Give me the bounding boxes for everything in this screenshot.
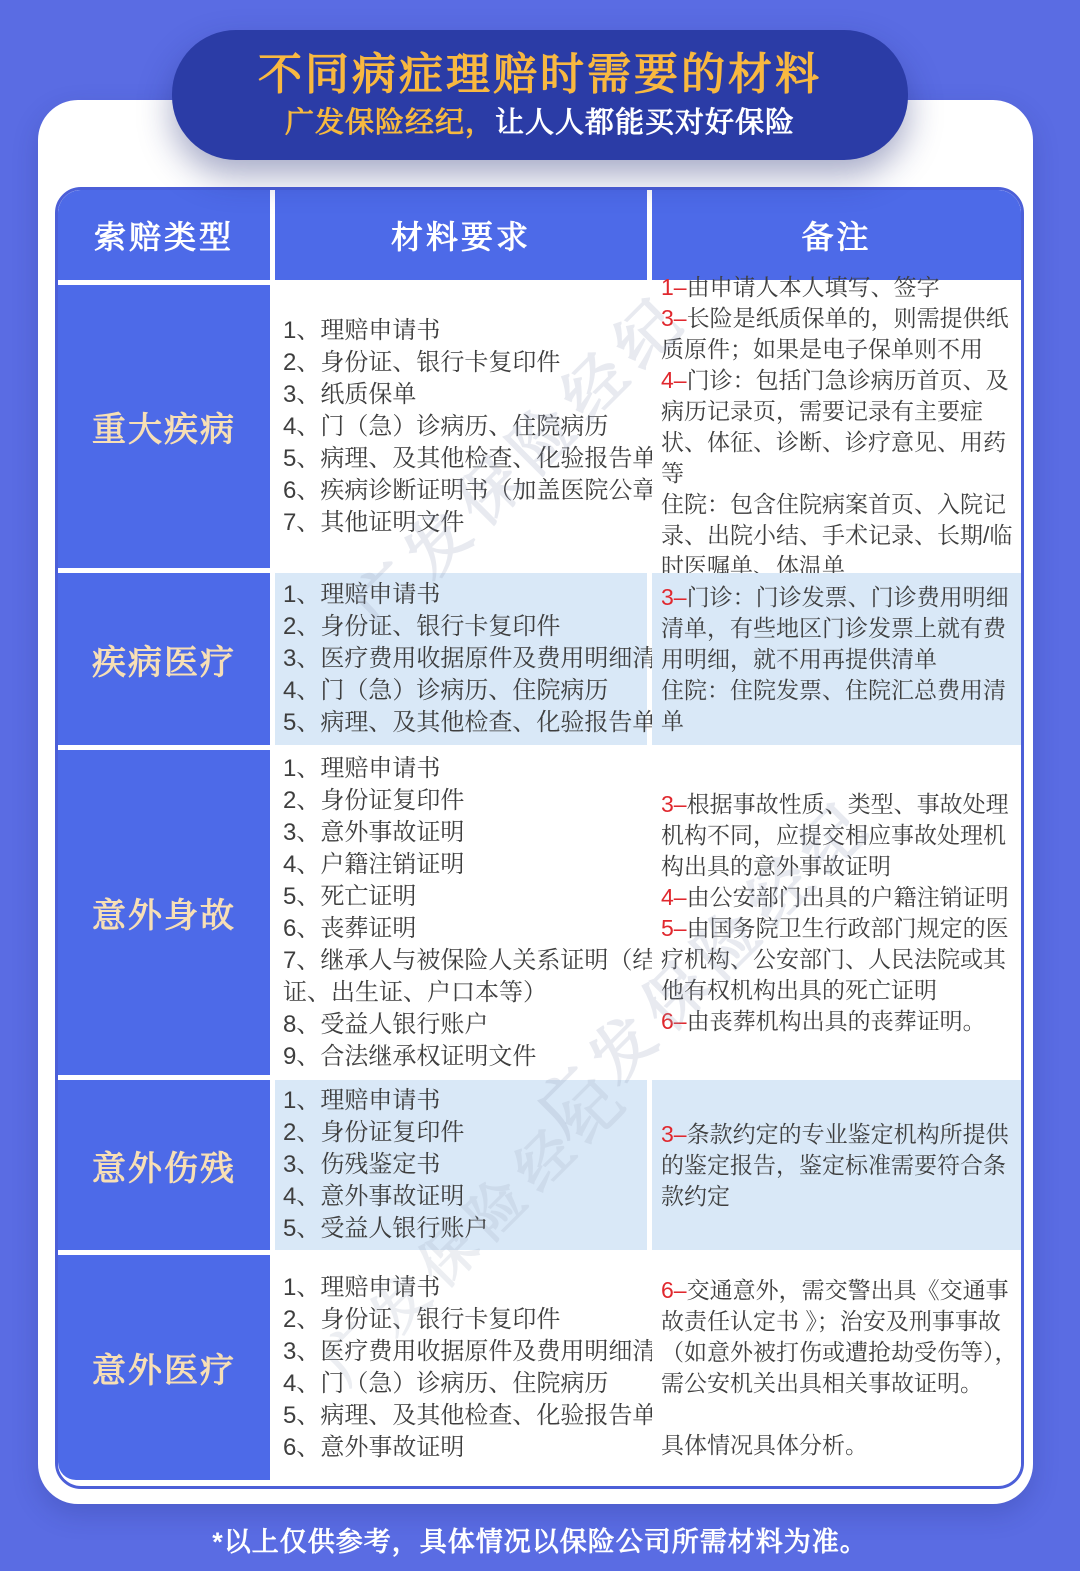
material-line: 3、伤残鉴定书: [283, 1149, 647, 1181]
claim-type-cell: 意外身故: [58, 750, 270, 1075]
material-line: 4、意外事故证明: [283, 1181, 647, 1213]
remark-text: 住院：包含住院病案首页、入院记录、出院小结、手术记录、长期/临时医嘱单、体温单: [661, 491, 1012, 579]
material-line: 4、门（急）诊病历、住院病历: [283, 1368, 647, 1400]
remark-item: 具体情况具体分析。: [661, 1430, 1019, 1461]
material-line: 1、理赔申请书: [283, 1085, 647, 1117]
material-line: 4、门（急）诊病历、住院病历: [283, 675, 647, 707]
materials-cell: 1、理赔申请书2、身份证复印件3、伤残鉴定书4、意外事故证明5、受益人银行账户: [275, 1080, 647, 1250]
materials-cell: 1、理赔申请书2、身份证、银行卡复印件3、医疗费用收据原件及费用明细清单4、门（…: [275, 573, 647, 745]
material-line: 4、户籍注销证明: [283, 849, 647, 881]
material-line: 7、其他证明文件: [283, 507, 647, 539]
material-line: 7、继承人与被保险人关系证明（结婚: [283, 945, 647, 977]
remark-number: 3–: [661, 791, 687, 817]
remarks-cell: 3–条款约定的专业鉴定机构所提供的鉴定报告，鉴定标准需要符合条款约定: [652, 1080, 1021, 1250]
remarks-cell: 1–由申请人本人填写、签字3–长险是纸质保单的，则需提供纸质原件；如果是电子保单…: [652, 285, 1021, 568]
footer-disclaimer: *以上仅供参考，具体情况以保险公司所需材料为准。: [0, 1520, 1080, 1559]
remark-item: 3–门诊：门诊发票、门诊费用明细清单，有些地区门诊发票上就有费用明细，就不用再提…: [661, 582, 1019, 675]
claim-type-cell: 疾病医疗: [58, 573, 270, 745]
claim-type-cell: 意外伤残: [58, 1080, 270, 1250]
material-line: 3、医疗费用收据原件及费用明细清单: [283, 643, 647, 675]
remark-item: 4–由公安部门出具的户籍注销证明: [661, 882, 1019, 913]
remark-text: 根据事故性质、类型、事故处理机构不同，应提交相应事故处理机构出具的意外事故证明: [661, 791, 1009, 879]
materials-cell: 1、理赔申请书2、身份证复印件3、意外事故证明4、户籍注销证明5、死亡证明6、丧…: [275, 750, 647, 1075]
material-line: 2、身份证、银行卡复印件: [283, 347, 647, 379]
remark-item: 住院：住院发票、住院汇总费用清单: [661, 675, 1019, 737]
column-header-materials: 材料要求: [275, 190, 647, 280]
remark-number: 3–: [661, 305, 687, 331]
remark-text: 长险是纸质保单的，则需提供纸质原件；如果是电子保单则不用: [661, 305, 1009, 362]
material-line: 1、理赔申请书: [283, 753, 647, 785]
brand-name: 广发保险经纪，: [285, 107, 495, 139]
remark-text: 交通意外，需交警出具《交通事故责任认定书 》；治安及刑事事故（如意外被打伤或遭抢…: [661, 1277, 1018, 1396]
material-line: 5、死亡证明: [283, 881, 647, 913]
remark-item: 3–条款约定的专业鉴定机构所提供的鉴定报告，鉴定标准需要符合条款约定: [661, 1119, 1019, 1212]
remarks-cell: 6–交通意外，需交警出具《交通事故责任认定书 》；治安及刑事事故（如意外被打伤或…: [652, 1255, 1021, 1480]
slogan: 让人人都能买对好保险: [495, 107, 795, 139]
remark-text: 条款约定的专业鉴定机构所提供的鉴定报告，鉴定标准需要符合条款约定: [661, 1121, 1009, 1209]
page-subtitle: 广发保险经纪，让人人都能买对好保险: [285, 108, 795, 140]
remark-number: 3–: [661, 584, 687, 610]
material-line: 5、病理、及其他检查、化验报告单: [283, 1400, 647, 1432]
material-line: 2、身份证、银行卡复印件: [283, 1304, 647, 1336]
material-line: 5、病理、及其他检查、化验报告单: [283, 707, 647, 739]
remark-item: 5–由国务院卫生行政部门规定的医疗机构、公安部门、人民法院或其他有权机构出具的死…: [661, 913, 1019, 1006]
material-line: 2、身份证复印件: [283, 785, 647, 817]
remark-number: 6–: [661, 1277, 687, 1303]
remark-number: 3–: [661, 1121, 687, 1147]
material-line: 1、理赔申请书: [283, 315, 647, 347]
remark-number: 4–: [661, 367, 687, 393]
claims-table-frame: 索赔类型 材料要求 备注 重大疾病1、理赔申请书2、身份证、银行卡复印件3、纸质…: [55, 187, 1024, 1489]
remark-item: 3–根据事故性质、类型、事故处理机构不同，应提交相应事故处理机构出具的意外事故证…: [661, 789, 1019, 882]
remark-text: 由申请人本人填写、签字: [687, 274, 940, 300]
remark-number: 4–: [661, 884, 687, 910]
material-line: 8、受益人银行账户: [283, 1009, 647, 1041]
material-line: 1、理赔申请书: [283, 579, 647, 611]
claim-type-cell: 重大疾病: [58, 285, 270, 568]
material-line: 6、意外事故证明: [283, 1432, 647, 1464]
remark-item: 1–由申请人本人填写、签字: [661, 272, 1019, 303]
material-line: 3、意外事故证明: [283, 817, 647, 849]
material-line: 6、疾病诊断证明书（加盖医院公章）: [283, 475, 647, 507]
material-line: 2、身份证复印件: [283, 1117, 647, 1149]
remark-text: 由公安部门出具的户籍注销证明: [687, 884, 1009, 910]
header-banner: 不同病症理赔时需要的材料 广发保险经纪，让人人都能买对好保险: [172, 30, 908, 160]
material-line: 3、医疗费用收据原件及费用明细清单: [283, 1336, 647, 1368]
materials-cell: 1、理赔申请书2、身份证、银行卡复印件3、医疗费用收据原件及费用明细清单4、门（…: [275, 1255, 647, 1480]
remark-number: 6–: [661, 1008, 687, 1034]
materials-cell: 1、理赔申请书2、身份证、银行卡复印件3、纸质保单4、门（急）诊病历、住院病历5…: [275, 285, 647, 568]
remark-item: 6–交通意外，需交警出具《交通事故责任认定书 》；治安及刑事事故（如意外被打伤或…: [661, 1275, 1019, 1399]
claims-table: 索赔类型 材料要求 备注 重大疾病1、理赔申请书2、身份证、银行卡复印件3、纸质…: [58, 190, 1021, 1480]
material-line: 证、出生证、户口本等）: [283, 977, 647, 1009]
column-header-remarks: 备注: [652, 190, 1021, 280]
remark-text: 由国务院卫生行政部门规定的医疗机构、公安部门、人民法院或其他有权机构出具的死亡证…: [661, 915, 1009, 1003]
material-line: 6、丧葬证明: [283, 913, 647, 945]
remark-text: 门诊：包括门急诊病历首页、及病历记录页，需要记录有主要症状、体征、诊断、诊疗意见…: [661, 367, 1009, 486]
remark-number: 1–: [661, 274, 687, 300]
material-line: 1、理赔申请书: [283, 1272, 647, 1304]
remark-item: 3–长险是纸质保单的，则需提供纸质原件；如果是电子保单则不用: [661, 303, 1019, 365]
remark-text: 由丧葬机构出具的丧葬证明。: [687, 1008, 986, 1034]
material-line: 5、受益人银行账户: [283, 1213, 647, 1245]
remark-text: 住院：住院发票、住院汇总费用清单: [661, 677, 1006, 734]
material-line: 9、合法继承权证明文件: [283, 1041, 647, 1073]
material-line: 3、纸质保单: [283, 379, 647, 411]
remark-text: 门诊：门诊发票、门诊费用明细清单，有些地区门诊发票上就有费用明细，就不用再提供清…: [661, 584, 1009, 672]
claim-type-cell: 意外医疗: [58, 1255, 270, 1480]
remarks-cell: 3–根据事故性质、类型、事故处理机构不同，应提交相应事故处理机构出具的意外事故证…: [652, 750, 1021, 1075]
remarks-cell: 3–门诊：门诊发票、门诊费用明细清单，有些地区门诊发票上就有费用明细，就不用再提…: [652, 573, 1021, 745]
material-line: 5、病理、及其他检查、化验报告单: [283, 443, 647, 475]
remark-item: 4–门诊：包括门急诊病历首页、及病历记录页，需要记录有主要症状、体征、诊断、诊疗…: [661, 365, 1019, 489]
column-header-claim-type: 索赔类型: [58, 190, 270, 280]
remark-item: 住院：包含住院病案首页、入院记录、出院小结、手术记录、长期/临时医嘱单、体温单: [661, 489, 1019, 582]
content-card: 索赔类型 材料要求 备注 重大疾病1、理赔申请书2、身份证、银行卡复印件3、纸质…: [38, 100, 1033, 1504]
remark-item: 6–由丧葬机构出具的丧葬证明。: [661, 1006, 1019, 1037]
remark-number: 5–: [661, 915, 687, 941]
page-title: 不同病症理赔时需要的材料: [258, 50, 822, 101]
remark-text: 具体情况具体分析。: [661, 1432, 868, 1458]
material-line: 2、身份证、银行卡复印件: [283, 611, 647, 643]
material-line: 4、门（急）诊病历、住院病历: [283, 411, 647, 443]
